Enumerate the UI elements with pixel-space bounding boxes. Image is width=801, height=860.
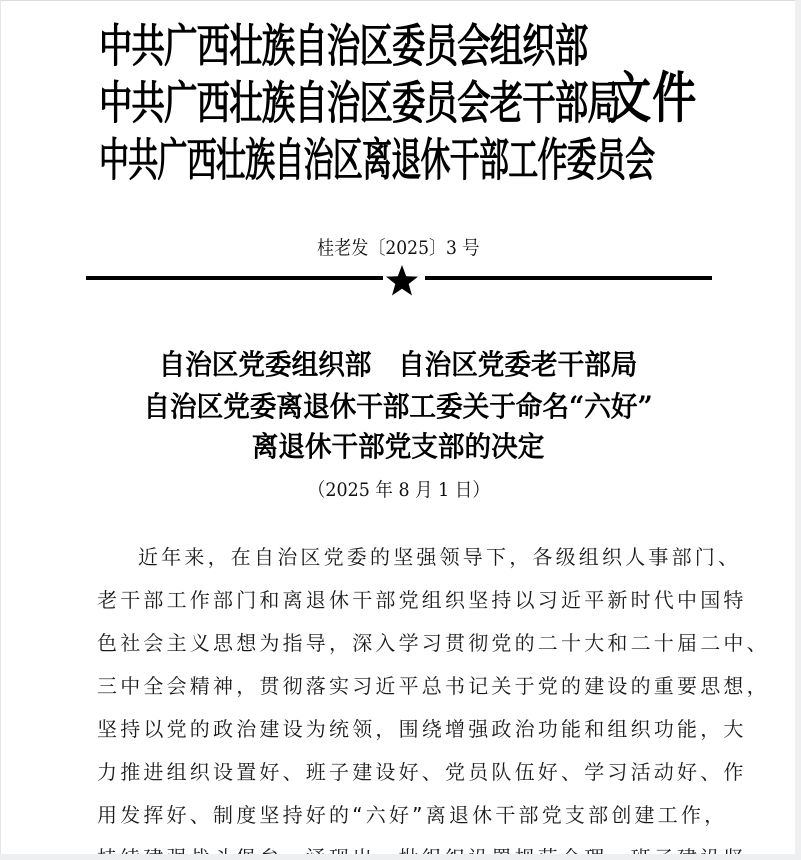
decision-date: （2025 年 8 月 1 日）: [1, 475, 795, 502]
body-paragraph-line: 持续建强战斗堡垒，涌现出一批组织设置规范合理、班子建设坚: [97, 848, 707, 854]
body-paragraph-line: 老干部工作部门和离退休干部党组织坚持以习近平新时代中国特: [97, 590, 707, 610]
document-number-text: 桂老发〔2025〕3 号: [317, 233, 479, 260]
issuer-veteran-cadres-bureau: 中共广西壮族自治区委员会老干部局: [99, 80, 620, 126]
decision-title-text-3: 离退休干部党支部的决定: [252, 433, 545, 461]
decision-title-text-2: 自治区党委离退休干部工委关于命名“六好”: [144, 393, 653, 421]
document-page: 中共广西壮族自治区委员会组织部 中共广西壮族自治区委员会老干部局 中共广西壮族自…: [0, 0, 795, 854]
decision-date-text: （2025 年 8 月 1 日）: [308, 475, 490, 502]
decision-title-line-1: 自治区党委组织部 自治区党委老干部局: [1, 351, 795, 379]
document-number: 桂老发〔2025〕3 号: [1, 233, 795, 260]
body-paragraph-line: 用发挥好、制度坚持好的“六好”离退休干部党支部创建工作，: [97, 805, 707, 825]
issuer-organization-department: 中共广西壮族自治区委员会组织部: [99, 23, 587, 69]
body-paragraph-line: 近年来，在自治区党委的坚强领导下，各级组织人事部门、: [138, 547, 748, 567]
body-paragraph-line: 三中全会精神，贯彻落实习近平总书记关于党的建设的重要思想，: [97, 676, 707, 696]
separator-line-left: [86, 276, 383, 280]
decision-title-line-2: 自治区党委离退休干部工委关于命名“六好”: [1, 393, 795, 421]
star-icon: [384, 263, 420, 299]
body-paragraph-line: 坚持以党的政治建设为统领，围绕增强政治功能和组织功能，大: [97, 719, 707, 739]
body-paragraph-line: 力推进组织设置好、班子建设好、党员队伍好、学习活动好、作: [97, 762, 707, 782]
decision-title-line-3: 离退休干部党支部的决定: [1, 433, 795, 461]
document-type-label: 文件: [607, 71, 697, 126]
separator-line-right: [425, 276, 712, 280]
issuer-retired-cadres-committee: 中共广西壮族自治区离退休干部工作委员会: [99, 137, 654, 183]
body-paragraph-line: 色社会主义思想为指导，深入学习贯彻党的二十大和二十届二中、: [97, 633, 707, 653]
decision-title-text-1: 自治区党委组织部 自治区党委老干部局: [159, 351, 638, 379]
